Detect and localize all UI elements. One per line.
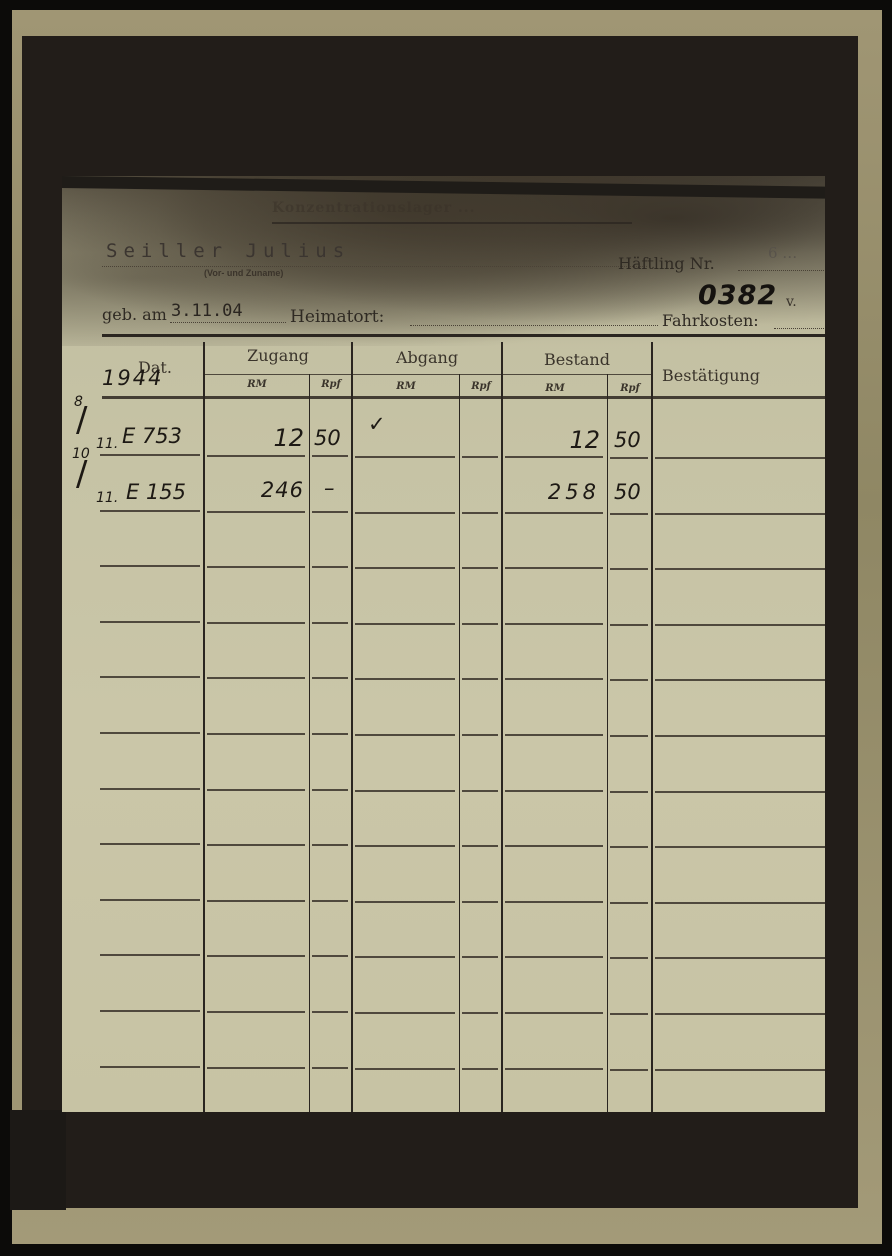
row-rule — [505, 512, 603, 514]
table-header-bottom-rule — [102, 396, 825, 399]
row-rule — [655, 513, 825, 515]
row-rule — [655, 735, 825, 737]
prisoner-number-stamp: 0382 — [698, 280, 777, 311]
row-rule — [505, 678, 603, 680]
name-dotted-line — [102, 266, 647, 267]
row-rule — [462, 456, 498, 458]
row-rule — [100, 1066, 200, 1068]
row-rule — [355, 845, 455, 847]
row-rule — [462, 1012, 498, 1014]
row-rule — [655, 846, 825, 848]
name-caption: (Vor- und Zuname) — [204, 268, 283, 278]
row-rule — [100, 899, 200, 901]
row2-zugang-rpf: – — [324, 476, 335, 500]
row-rule — [610, 902, 648, 904]
row-rule — [312, 955, 348, 957]
row-rule — [355, 1012, 455, 1014]
row-rule — [100, 510, 200, 512]
mat-notch — [10, 1110, 66, 1210]
row-rule — [655, 1013, 825, 1015]
row-rule — [355, 678, 455, 680]
row1-date-slash: / — [76, 400, 87, 440]
row2-date-slash: / — [76, 454, 87, 494]
row-rule — [610, 513, 648, 515]
row-rule — [462, 1068, 498, 1070]
hometown-label: Heimatort: — [290, 307, 384, 327]
row1-abgang-checkmark: ✓ — [368, 412, 386, 436]
row-rule — [207, 622, 305, 624]
prisoner-number-dotted-line — [738, 270, 825, 271]
row-rule — [655, 1069, 825, 1071]
row-rule — [355, 512, 455, 514]
row-rule — [207, 733, 305, 735]
row-rule — [610, 568, 648, 570]
row-rule — [505, 790, 603, 792]
row1-bestand-rm: 12 — [510, 426, 600, 454]
col-sub-abgang-rm: RM — [352, 381, 460, 392]
row-rule — [462, 512, 498, 514]
row-rule — [655, 457, 825, 459]
row-rule — [100, 565, 200, 567]
row-rule — [312, 844, 348, 846]
row-rule — [462, 734, 498, 736]
row-rule — [610, 735, 648, 737]
col-divider — [607, 374, 608, 1112]
row-rule — [100, 454, 200, 456]
col-sub-zugang-rpf: Rpf — [310, 379, 352, 390]
birth-date-value: 3.11.04 — [171, 301, 243, 321]
row-rule — [610, 457, 648, 459]
row-rule — [462, 901, 498, 903]
row-rule — [207, 900, 305, 902]
row-rule — [462, 956, 498, 958]
row-rule — [100, 621, 200, 623]
row-rule — [462, 623, 498, 625]
row-rule — [312, 1011, 348, 1013]
row-rule — [462, 567, 498, 569]
row-rule — [355, 790, 455, 792]
row-rule — [610, 791, 648, 793]
row2-date-month: 11. — [96, 490, 118, 506]
row-rule — [610, 957, 648, 959]
row-rule — [100, 1010, 200, 1012]
col-divider — [203, 342, 205, 1112]
col-divider — [351, 342, 353, 1112]
row-rule — [355, 901, 455, 903]
row-rule — [610, 1013, 648, 1015]
row-rule — [462, 790, 498, 792]
account-card: Konzentrationslager ... Seiller Julius (… — [62, 176, 825, 1112]
row-rule — [655, 679, 825, 681]
row-rule — [312, 622, 348, 624]
col-divider — [651, 342, 653, 1112]
col-divider — [501, 342, 503, 1112]
col-header-abgang: Abgang — [352, 348, 502, 367]
row-rule — [355, 956, 455, 958]
camp-header-underline — [272, 222, 632, 224]
col-header-bestand: Bestand — [502, 350, 652, 369]
birth-date-dotted-line — [170, 322, 286, 323]
row-rule — [505, 567, 603, 569]
row-rule — [355, 623, 455, 625]
col-header-zugang: Zugang — [204, 346, 352, 365]
row-rule — [207, 844, 305, 846]
row1-zugang-rm: 12 — [212, 424, 304, 452]
col-sub-bestand-rpf: Rpf — [608, 383, 652, 394]
row2-bestand-rpf: 50 — [614, 480, 641, 504]
col-sub-bestand-rm: RM — [502, 383, 608, 394]
row-rule — [100, 954, 200, 956]
col-sub-zugang-rm: RM — [204, 379, 310, 390]
year-handwritten: 1944 — [102, 366, 163, 390]
row2-bestand-rm: 258 — [510, 480, 600, 504]
row-rule — [100, 676, 200, 678]
row-rule — [462, 845, 498, 847]
col-header-bestaetigung: Bestätigung — [662, 366, 825, 385]
row-rule — [312, 1067, 348, 1069]
row-rule — [207, 566, 305, 568]
row-rule — [100, 732, 200, 734]
row-rule — [655, 568, 825, 570]
row-rule — [312, 900, 348, 902]
row-rule — [610, 679, 648, 681]
row-rule — [100, 843, 200, 845]
row-rule — [610, 846, 648, 848]
row1-ref: E 753 — [122, 424, 182, 448]
row-rule — [610, 624, 648, 626]
table-subheader-rule — [204, 374, 652, 375]
row2-ref: E 155 — [126, 480, 186, 504]
row-rule — [610, 1069, 648, 1071]
row-rule — [505, 456, 603, 458]
row-rule — [355, 1068, 455, 1070]
row1-date-month: 11. — [96, 436, 118, 452]
row-rule — [655, 902, 825, 904]
row1-bestand-rpf: 50 — [614, 428, 641, 452]
row-rule — [207, 955, 305, 957]
row-rule — [505, 845, 603, 847]
row-rule — [207, 511, 305, 513]
travel-cost-dotted-line — [774, 328, 825, 329]
row-rule — [100, 788, 200, 790]
row2-zugang-rm: 246 — [212, 478, 304, 502]
row-rule — [312, 677, 348, 679]
row-rule — [355, 734, 455, 736]
row-rule — [505, 734, 603, 736]
row-rule — [207, 677, 305, 679]
prisoner-number-printed-partial: 6 … — [768, 244, 797, 262]
row1-zugang-rpf: 50 — [314, 426, 341, 450]
hometown-dotted-line — [410, 325, 658, 326]
prisoner-number-label: Häftling Nr. — [618, 254, 715, 273]
row-rule — [505, 1068, 603, 1070]
prisoner-number-suffix: v. — [786, 294, 797, 310]
birth-date-label: geb. am — [102, 305, 167, 324]
row-rule — [355, 567, 455, 569]
row-rule — [355, 456, 455, 458]
row-rule — [312, 733, 348, 735]
row-rule — [505, 1012, 603, 1014]
row-rule — [312, 789, 348, 791]
row-rule — [207, 789, 305, 791]
travel-cost-label: Fahrkosten: — [662, 311, 759, 330]
row-rule — [207, 1011, 305, 1013]
row-rule — [462, 678, 498, 680]
row-rule — [505, 956, 603, 958]
row-rule — [655, 957, 825, 959]
col-sub-abgang-rpf: Rpf — [460, 381, 502, 392]
row-rule — [655, 791, 825, 793]
col-divider — [459, 374, 460, 1112]
row-rule — [207, 455, 305, 457]
row-rule — [505, 901, 603, 903]
row-rule — [655, 624, 825, 626]
row-rule — [312, 566, 348, 568]
row-rule — [505, 623, 603, 625]
camp-header: Konzentrationslager ... — [272, 200, 475, 216]
header-divider — [102, 334, 825, 337]
prisoner-name: Seiller Julius — [106, 240, 350, 262]
row-rule — [312, 511, 348, 513]
row-rule — [312, 455, 348, 457]
row-rule — [207, 1067, 305, 1069]
col-divider — [309, 374, 310, 1112]
